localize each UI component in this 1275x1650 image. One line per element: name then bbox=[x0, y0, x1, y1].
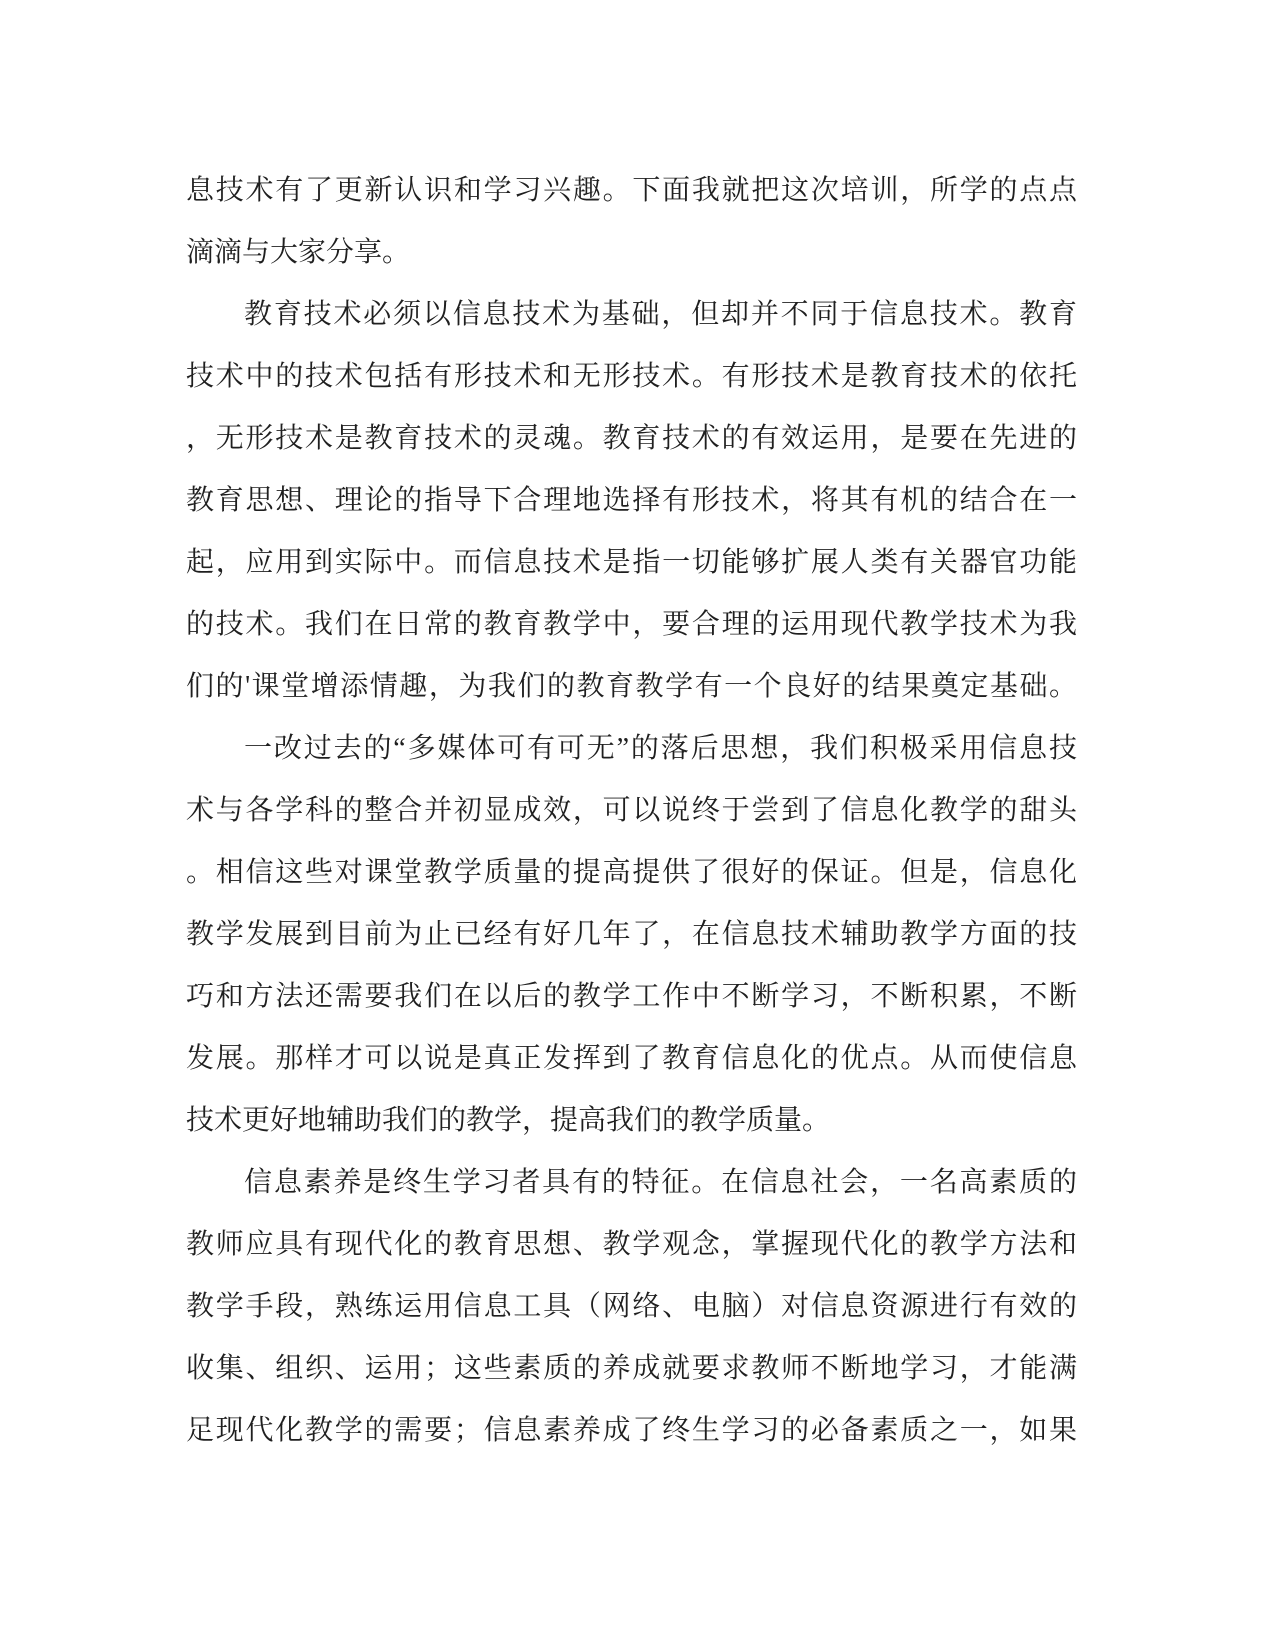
text-line: 。相信这些对课堂教学质量的提高提供了很好的保证。但是，信息化 bbox=[186, 842, 1077, 904]
text-line: 收集、组织、运用；这些素质的养成就要求教师不断地学习，才能满 bbox=[186, 1338, 1077, 1400]
text-line: 一改过去的“多媒体可有可无”的落后思想，我们积极采用信息技 bbox=[186, 718, 1077, 780]
paragraph-3: 一改过去的“多媒体可有可无”的落后思想，我们积极采用信息技 术与各学科的整合并初… bbox=[186, 718, 1077, 1152]
text-line: 们的'课堂增添情趣，为我们的教育教学有一个良好的结果奠定基础。 bbox=[186, 656, 1077, 718]
text-line: 信息素养是终生学习者具有的特征。在信息社会，一名高素质的 bbox=[186, 1152, 1077, 1214]
text-line: 教育技术必须以信息技术为基础，但却并不同于信息技术。教育 bbox=[186, 284, 1077, 346]
document-page: 息技术有了更新认识和学习兴趣。下面我就把这次培训，所学的点点 滴滴与大家分享。 … bbox=[0, 0, 1275, 1650]
text-line: 教学发展到目前为止已经有好几年了，在信息技术辅助教学方面的技 bbox=[186, 904, 1077, 966]
text-line: ，无形技术是教育技术的灵魂。教育技术的有效运用，是要在先进的 bbox=[186, 408, 1077, 470]
text-line: 教学手段，熟练运用信息工具（网络、电脑）对信息资源进行有效的 bbox=[186, 1276, 1077, 1338]
text-line: 滴滴与大家分享。 bbox=[186, 222, 1077, 284]
text-line: 巧和方法还需要我们在以后的教学工作中不断学习，不断积累，不断 bbox=[186, 966, 1077, 1028]
text-line: 技术更好地辅助我们的教学，提高我们的教学质量。 bbox=[186, 1090, 1077, 1152]
text-line: 技术中的技术包括有形技术和无形技术。有形技术是教育技术的依托 bbox=[186, 346, 1077, 408]
text-line: 教育思想、理论的指导下合理地选择有形技术，将其有机的结合在一 bbox=[186, 470, 1077, 532]
document-body: 息技术有了更新认识和学习兴趣。下面我就把这次培训，所学的点点 滴滴与大家分享。 … bbox=[186, 160, 1077, 1462]
text-line: 起，应用到实际中。而信息技术是指一切能够扩展人类有关器官功能 bbox=[186, 532, 1077, 594]
paragraph-1: 息技术有了更新认识和学习兴趣。下面我就把这次培训，所学的点点 滴滴与大家分享。 bbox=[186, 160, 1077, 284]
text-line: 足现代化教学的需要；信息素养成了终生学习的必备素质之一，如果 bbox=[186, 1400, 1077, 1462]
paragraph-4: 信息素养是终生学习者具有的特征。在信息社会，一名高素质的 教师应具有现代化的教育… bbox=[186, 1152, 1077, 1462]
paragraph-2: 教育技术必须以信息技术为基础，但却并不同于信息技术。教育 技术中的技术包括有形技… bbox=[186, 284, 1077, 718]
text-line: 术与各学科的整合并初显成效，可以说终于尝到了信息化教学的甜头 bbox=[186, 780, 1077, 842]
text-line: 息技术有了更新认识和学习兴趣。下面我就把这次培训，所学的点点 bbox=[186, 160, 1077, 222]
text-line: 的技术。我们在日常的教育教学中，要合理的运用现代教学技术为我 bbox=[186, 594, 1077, 656]
text-line: 教师应具有现代化的教育思想、教学观念，掌握现代化的教学方法和 bbox=[186, 1214, 1077, 1276]
text-line: 发展。那样才可以说是真正发挥到了教育信息化的优点。从而使信息 bbox=[186, 1028, 1077, 1090]
